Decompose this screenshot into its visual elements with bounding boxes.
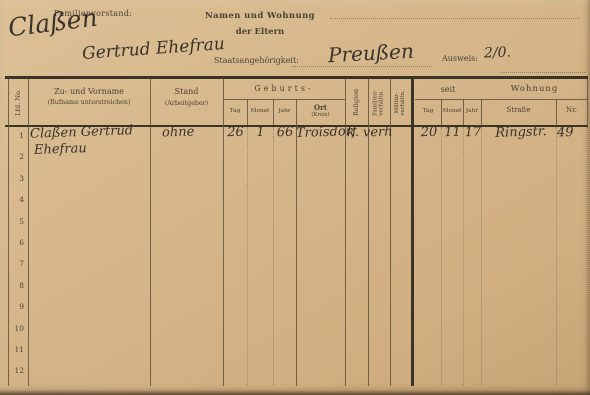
dotted-rule [330, 18, 580, 19]
handwritten-given-name: Gertrud Ehefrau [81, 34, 225, 64]
column-group-seit: seit [415, 85, 481, 94]
column-group-geburts: Geburts- [223, 84, 345, 93]
dotted-rule [292, 66, 432, 67]
row-number: 9 [0, 302, 24, 311]
row-number: 6 [0, 238, 24, 247]
cell-religion: k. [347, 125, 360, 140]
column-header-seit-jahr: Jahr [463, 108, 481, 114]
row-number: 7 [0, 259, 24, 268]
handwritten-surname: Claßen [7, 3, 99, 43]
table-row: 4 [0, 191, 590, 212]
column-header-familienverhaeltnis: Familien-verhältn. [368, 80, 390, 125]
row-number: 5 [0, 217, 24, 226]
column-header-religion: Religion [345, 80, 368, 125]
column-header-lfd-no: Lfd. No. [8, 80, 28, 125]
nationality-label: Staatsangehörigkeit: [214, 56, 299, 65]
table-row: 7 [0, 255, 590, 276]
column-header-ort-sub: (Kreis) [296, 112, 345, 118]
row-number: 12 [0, 366, 24, 375]
table-top-border [5, 76, 588, 79]
column-header-strasse: Straße [481, 106, 556, 114]
table-row: 6 [0, 234, 590, 255]
table-row: 12 [0, 362, 590, 383]
cell-geburt-monat: 1 [248, 125, 274, 141]
table-row: 11 [0, 341, 590, 362]
column-header-stand-sub: (Arbeitgeber) [150, 100, 223, 107]
cell-geburt-jahr: 66 [274, 125, 297, 141]
table-row: 5 [0, 213, 590, 234]
table-row: 8 [0, 277, 590, 298]
column-header-name: Zu- und Vorname [28, 87, 150, 96]
row-number: 10 [0, 324, 24, 333]
column-header-geb-jahr: Jahr [273, 108, 296, 114]
column-header-nr: Nr. [556, 106, 587, 114]
row-number: 8 [0, 281, 24, 290]
cell-seit-jahr: 17 [464, 125, 483, 141]
cell-hausnummer: 49 [557, 125, 586, 141]
card-title-line1: Namen und Wohnung [190, 11, 330, 21]
cell-stand: ohne [162, 124, 195, 140]
row-number: 3 [0, 174, 24, 183]
table-body: 1 Claßen Gertrud Ehefrau ohne 26 1 66 Tr… [0, 127, 590, 384]
column-header-name-sub: (Rufname unterstreichen) [28, 99, 150, 106]
geburts-group-underline [223, 99, 345, 100]
registration-card: Familienvorstand: Claßen Gertrud Ehefrau… [0, 0, 590, 395]
column-header-ort: Ort [296, 103, 345, 112]
column-header-geb-monat: Monat [247, 108, 273, 114]
table-row: 1 Claßen Gertrud Ehefrau ohne 26 1 66 Tr… [0, 127, 590, 148]
column-group-wohnung: Wohnung [481, 84, 588, 94]
column-header-seit-monat: Monat [441, 108, 463, 114]
column-header-seit-tag: Tag [415, 108, 441, 114]
card-title-line2: der Eltern [190, 27, 330, 37]
column-header-stand: Stand [150, 87, 223, 96]
cell-seit-tag: 20 [417, 125, 442, 141]
row-number: 1 [0, 131, 24, 140]
column-header-geb-tag: Tag [223, 108, 247, 114]
handwritten-ausweis-value: 2/0. [484, 45, 512, 62]
handwritten-nationality: Preußen [327, 39, 414, 67]
table-row: 9 [0, 298, 590, 319]
cell-strasse: Ringstr. [487, 124, 555, 141]
cell-familienverhaeltnis: verh [363, 124, 393, 140]
table-row: 10 [0, 320, 590, 341]
cell-name: Claßen Gertrud [30, 123, 134, 142]
table-row: 2 [0, 148, 590, 169]
row-number: 4 [0, 195, 24, 204]
row-number: 11 [0, 345, 24, 354]
cell-seit-monat: 11 [442, 125, 464, 141]
row-number: 2 [0, 152, 24, 161]
cell-geburt-tag: 26 [224, 125, 248, 141]
column-header-militaerverhaeltnis: Militär-verhältn. [390, 80, 412, 125]
table-row: 3 [0, 170, 590, 191]
ausweis-label: Ausweis: [442, 54, 478, 63]
dotted-rule [500, 72, 585, 73]
